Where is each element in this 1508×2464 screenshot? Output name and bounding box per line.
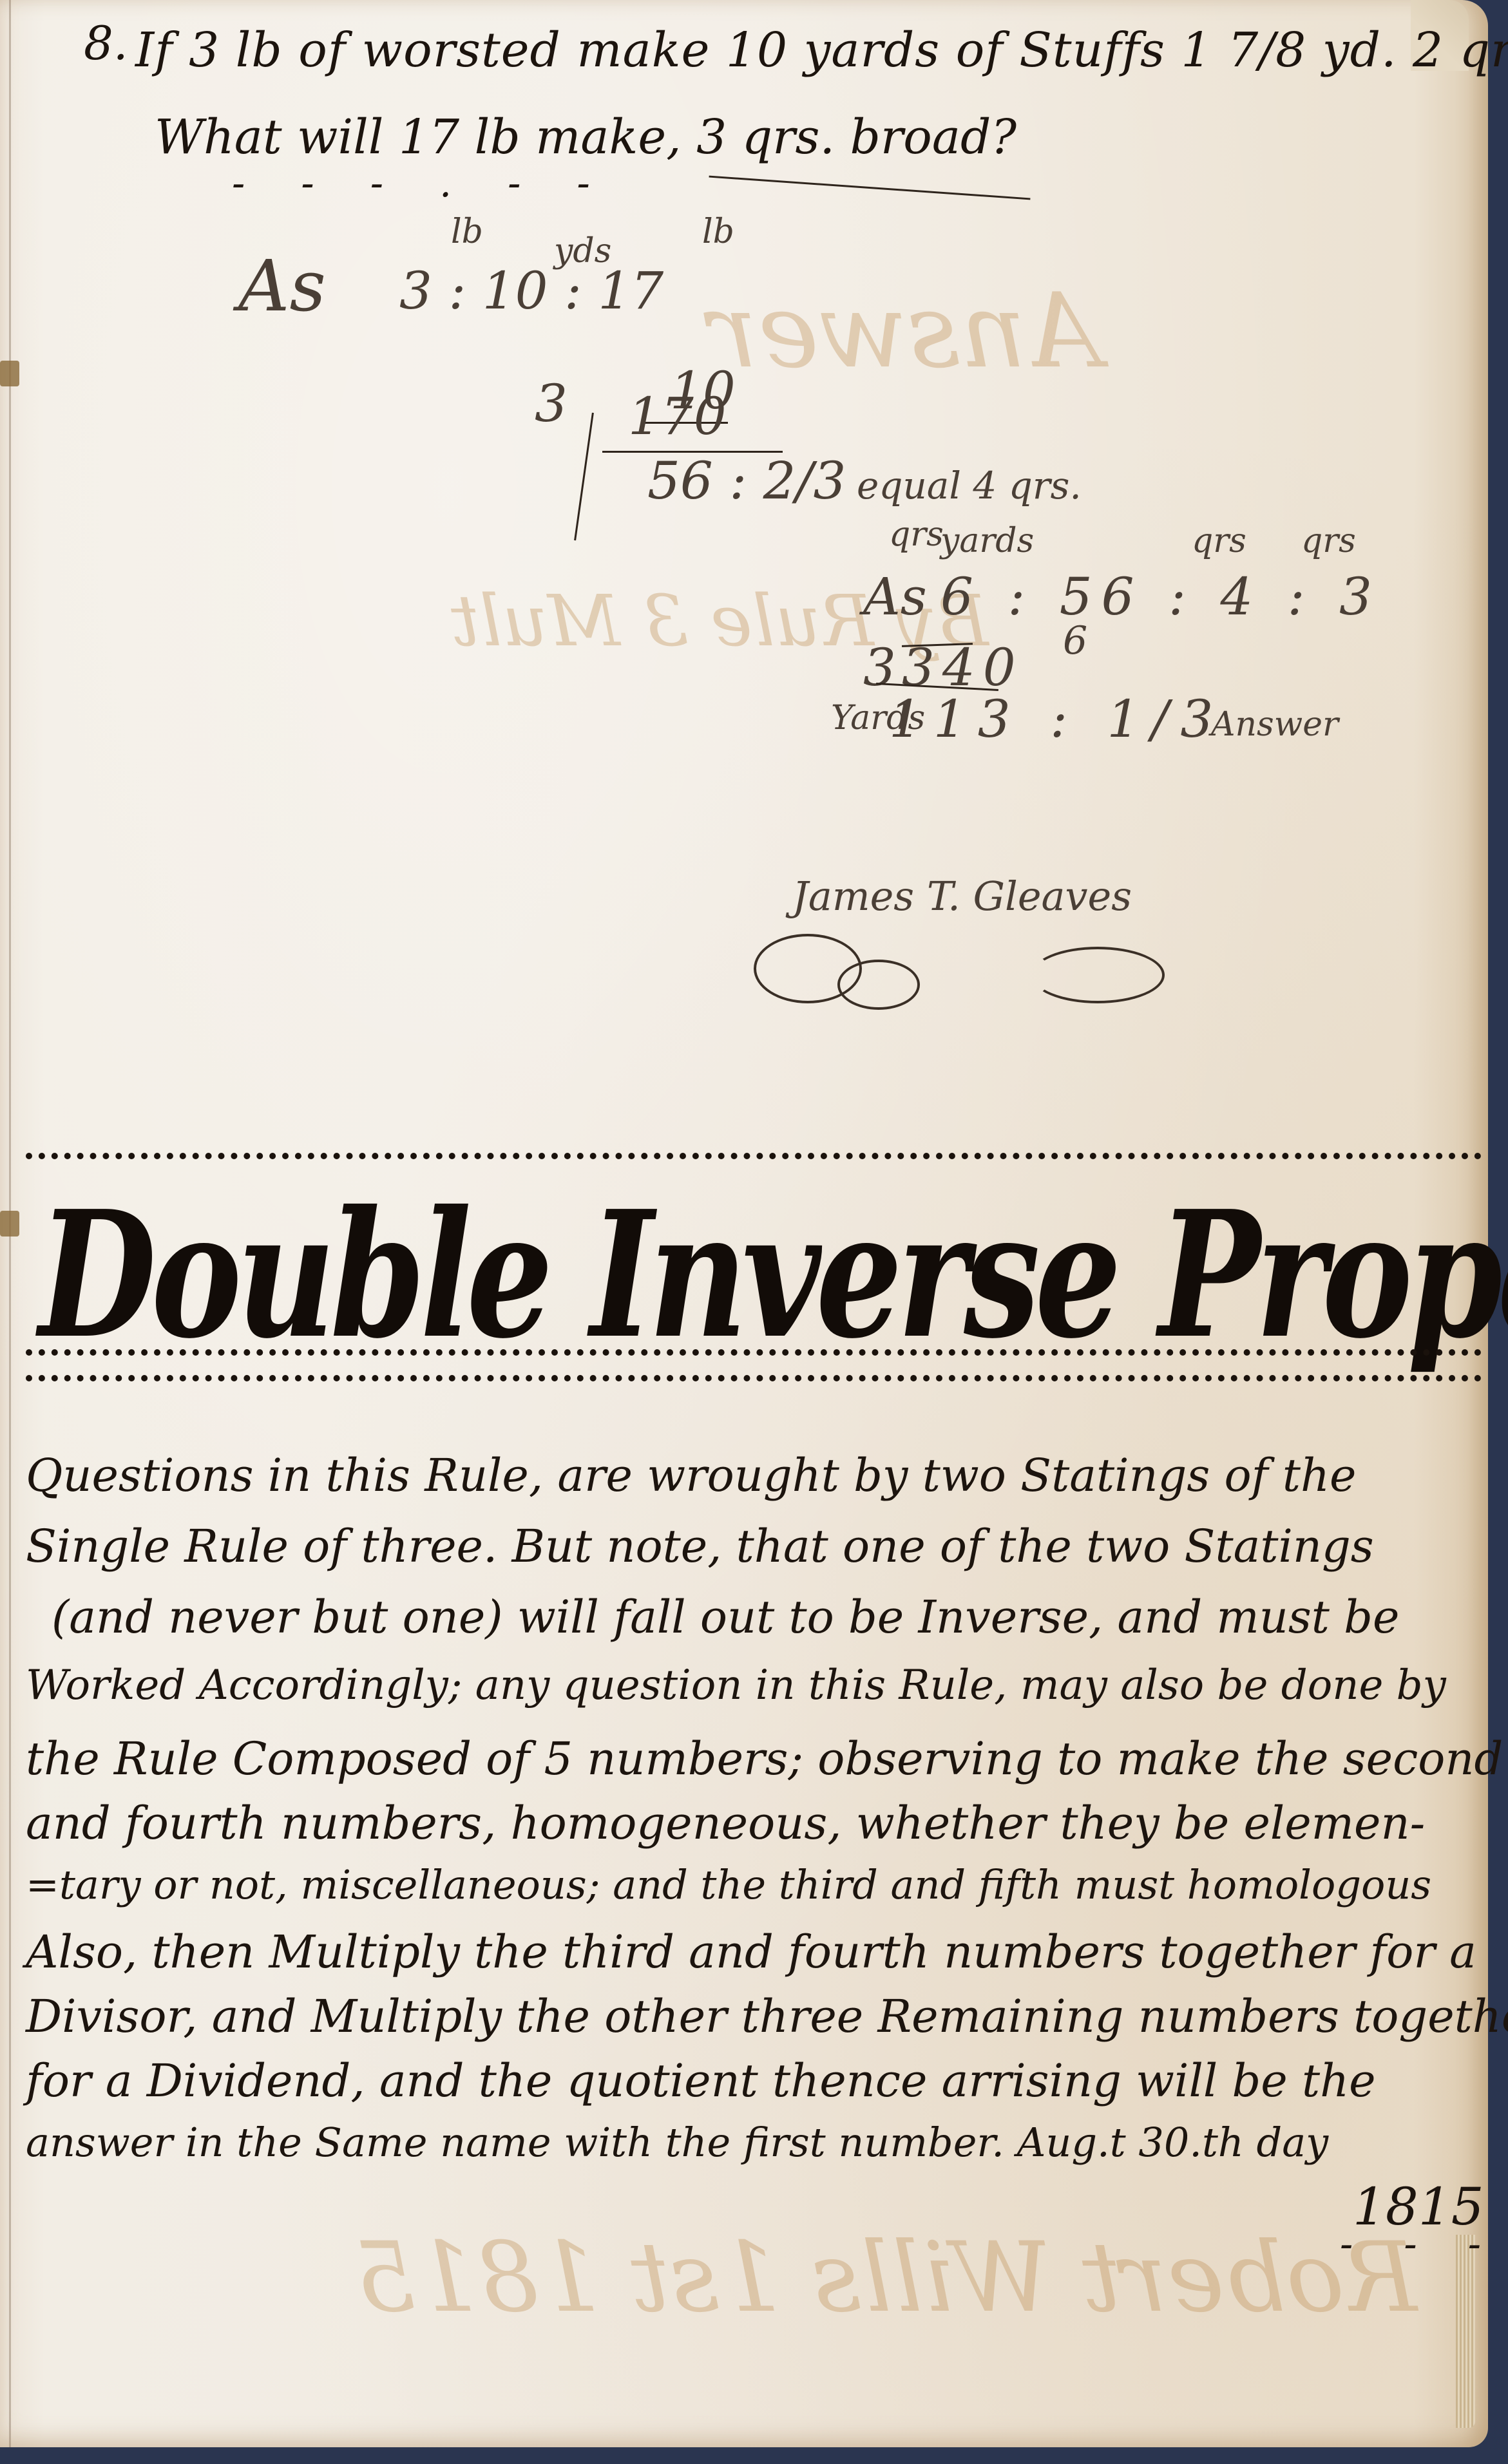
answer-label: Answer bbox=[1211, 705, 1339, 744]
signature: James T. Gleaves bbox=[792, 873, 1132, 920]
rule-text-line: and fourth numbers, homogeneous, whether… bbox=[26, 1797, 1425, 1850]
conversion-note: equal 4 qrs. bbox=[857, 464, 1082, 507]
dividend: 170 bbox=[628, 386, 727, 446]
flourish-stroke bbox=[837, 960, 920, 1010]
rule-text-line: Divisor, and Multiply the other three Re… bbox=[26, 1990, 1508, 2043]
dotted-ornament bbox=[26, 1153, 1482, 1164]
binding-thread bbox=[0, 1211, 19, 1237]
unit-label: qrs bbox=[1301, 522, 1356, 560]
closing-dashes: - - - bbox=[1340, 2222, 1500, 2267]
question-dashes: - - - . - - bbox=[232, 161, 612, 206]
question-line-2: What will 17 lb make, 3 qrs. broad? bbox=[155, 109, 1016, 165]
rule-text-line: answer in the Same name with the first n… bbox=[26, 2119, 1328, 2166]
rule-text-line: Worked Accordingly; any question in this… bbox=[26, 1662, 1446, 1709]
division-bracket bbox=[574, 413, 594, 540]
proportion-statement: 3 : 10 : 17 bbox=[399, 261, 663, 321]
section-heading: Double Inverse Proportion bbox=[39, 1172, 1159, 1377]
underline-stroke bbox=[709, 176, 1031, 200]
quotient: 56 : 2/3 bbox=[647, 451, 846, 511]
unit-label: lb bbox=[702, 213, 734, 251]
unit-label: qrs bbox=[889, 515, 944, 554]
dotted-ornament bbox=[26, 1375, 1482, 1387]
bleed-through-text-top: Answer bbox=[709, 270, 1101, 391]
rule-text-line: Questions in this Rule, are wrought by t… bbox=[26, 1449, 1356, 1502]
unit-label: lb bbox=[451, 213, 483, 251]
result: 113 : 1/3 bbox=[889, 689, 1225, 749]
rule-text-line: Also, then Multiply the third and fourth… bbox=[26, 1926, 1476, 1978]
rule-text-line: for a Dividend, and the quotient thence … bbox=[26, 2054, 1376, 2107]
rule-text-line: (and never but one) will fall out to be … bbox=[52, 1591, 1399, 1644]
manuscript-page: Answer By Rule 3 Mult Robert Wills 1st 1… bbox=[0, 0, 1488, 2447]
rule-text-line: Single Rule of three. But note, that one… bbox=[26, 1520, 1374, 1573]
question-number: 8. bbox=[84, 16, 128, 70]
question-line-1: If 3 lb of worsted make 10 yards of Stuf… bbox=[135, 23, 1508, 78]
dotted-ornament bbox=[26, 1349, 1482, 1361]
unit-label: yards bbox=[940, 522, 1034, 560]
unit-label: qrs bbox=[1192, 522, 1246, 560]
as-label: As bbox=[238, 245, 326, 327]
binding-thread bbox=[0, 361, 19, 386]
flourish-stroke bbox=[1031, 947, 1165, 1003]
divisor: 3 bbox=[535, 374, 568, 433]
rule-text-line: the Rule Composed of 5 numbers; observin… bbox=[26, 1732, 1503, 1785]
bleed-through-text-bottom: Robert Wills 1st 1815 bbox=[354, 2222, 1417, 2334]
multiplier: 6 bbox=[1063, 618, 1087, 663]
as-label: As bbox=[863, 567, 927, 627]
rule-text-line: =tary or not, miscellaneous; and the thi… bbox=[26, 1861, 1431, 1908]
proportion-statement: 6 : 56 : 4 : 3 bbox=[940, 567, 1381, 627]
